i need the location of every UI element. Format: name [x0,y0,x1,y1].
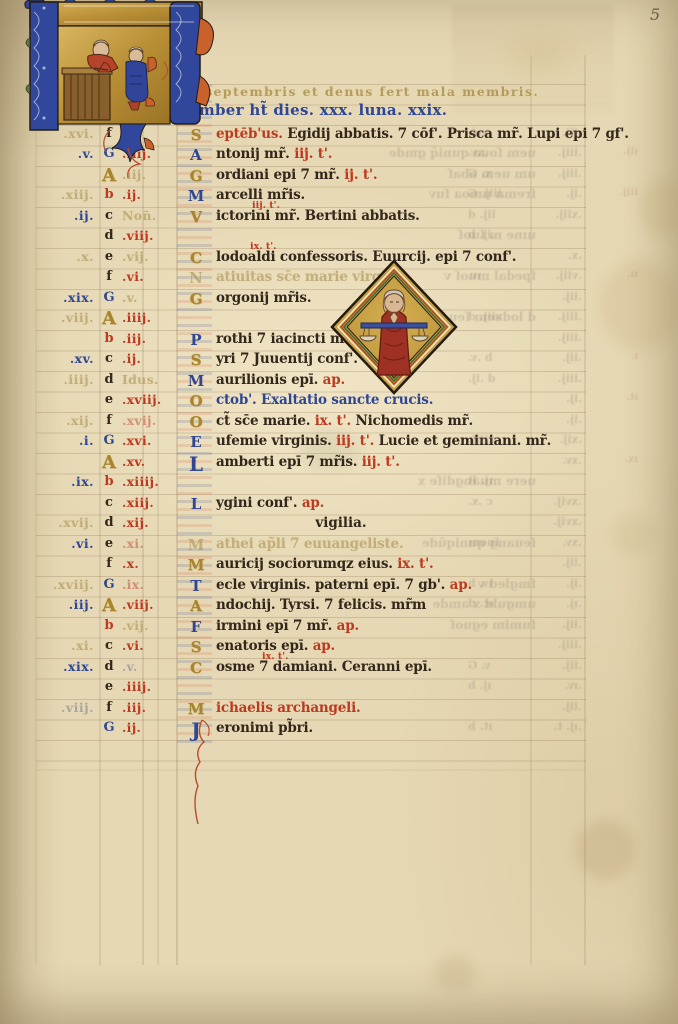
verso-bleed-numerals: .iij. [538,659,582,672]
verso-bleed-row: v. G.iij. [0,659,678,680]
verso-bleed-letters: v. G [468,659,524,672]
verso-bleed-numerals: .iij. [538,556,582,569]
verso-bleed-textline: ſeuang quniqūde [0,536,678,557]
kl-initial-illumination [24,0,224,198]
verso-bleed-marks: ı. [598,351,638,362]
verso-bleed-numerals: .ij. [538,392,582,405]
balance-beam [361,323,427,328]
manuscript-calendar-page: Tercia septembris et denus fert mala mem… [0,0,678,1024]
verso-bleed-textline: uere muangdiſe x [0,474,678,495]
libra-miniature [329,259,459,395]
kl-scene [58,26,170,124]
verso-bleed-text: ſeuang quniqūde [236,536,536,550]
verso-bleed-letters: xiiij. [468,433,524,446]
verso-bleed-letters: d .ij. [468,372,524,385]
verso-bleed-marks: ıx. [598,454,638,465]
verso-bleed-numerals: .iij. [538,700,582,713]
verso-bleed-text: umguld x amde [236,597,536,611]
verso-bleed-numerals: .xvij. [538,495,582,508]
verso-bleed-row: ıj. b.ıv. [0,679,678,700]
verso-bleed-numerals: .iiij. [538,638,582,651]
verso-bleed-numerals: .xij. [538,433,582,446]
verso-bleed-marks: ıt. [598,392,638,403]
verso-bleed-numerals: .xiij. [538,208,582,221]
verso-bleed-numerals: .xv. [538,454,582,467]
verso-bleed-row: .iij. [0,556,678,577]
verso-bleed-numerals: .iij. [538,351,582,364]
verso-bleed-letters: xvi. [468,126,524,139]
verso-bleed-letters: b .v. [468,351,524,364]
verso-bleed-numerals: .iiij. [538,372,582,385]
verso-bleed-textline: umguld x amde [0,597,678,618]
verso-bleed-letters: ıt. b [468,720,524,733]
verso-bleed-text: uem ſoua quniq̃ gmde [236,146,536,160]
verso-bleed-numerals: .iiij. [538,331,582,344]
verso-bleed-letters: iij. d [468,208,524,221]
verso-bleed-textline: ſmgled v [0,577,678,598]
verso-bleed-row: .iij. [0,700,678,721]
verso-bleed-letters: c .x. [468,495,524,508]
pen-flourish-tail [160,718,220,828]
verso-bleed-numerals: .ıj. t. [538,720,582,733]
verso-bleed-letters: ıj. b [468,679,524,692]
verso-bleed-text: um uem abaſ [236,167,536,181]
verso-bleed-row: ıt. b.ıj. t. [0,720,678,741]
verso-bleed-numerals: .ij. [538,413,582,426]
verso-bleed-row: iij. d.xiij. [0,208,678,229]
verso-bleed-row: .ij. [0,413,678,434]
wine-vat [62,68,112,120]
verso-bleed-numerals: .xvij. [538,515,582,528]
verso-bleed-numerals: .iij. [538,126,582,139]
verso-bleed-numerals: .ıv. [538,679,582,692]
verso-bleed-textline: ſumim eguoſ [0,618,678,639]
verso-bleed-numerals: .iij. [538,290,582,303]
verso-bleed-text: ſremn umoa ſuv [236,187,536,201]
verso-bleed-text: ſumim eguoſ [236,618,536,632]
verso-bleed-row: .xvij. [0,515,678,536]
verso-bleed-text: uıne m ſuoſ [236,228,536,242]
verso-bleed-row: xiiij..xij. [0,433,678,454]
verso-bleed-row: .iiij. [0,638,678,659]
verso-bleed-text: uere muangdiſe x [236,474,536,488]
verso-bleed-text: ſmgled v [236,577,536,591]
verso-bleed-textline: uıne m ſuoſ [0,228,678,249]
verso-bleed-row: .ij.ıt. [0,392,678,413]
verso-bleed-row: .xv.ıx. [0,454,678,475]
verso-bleed-numerals: .x. [538,249,582,262]
verso-bleed-row: c .x..xvij. [0,495,678,516]
